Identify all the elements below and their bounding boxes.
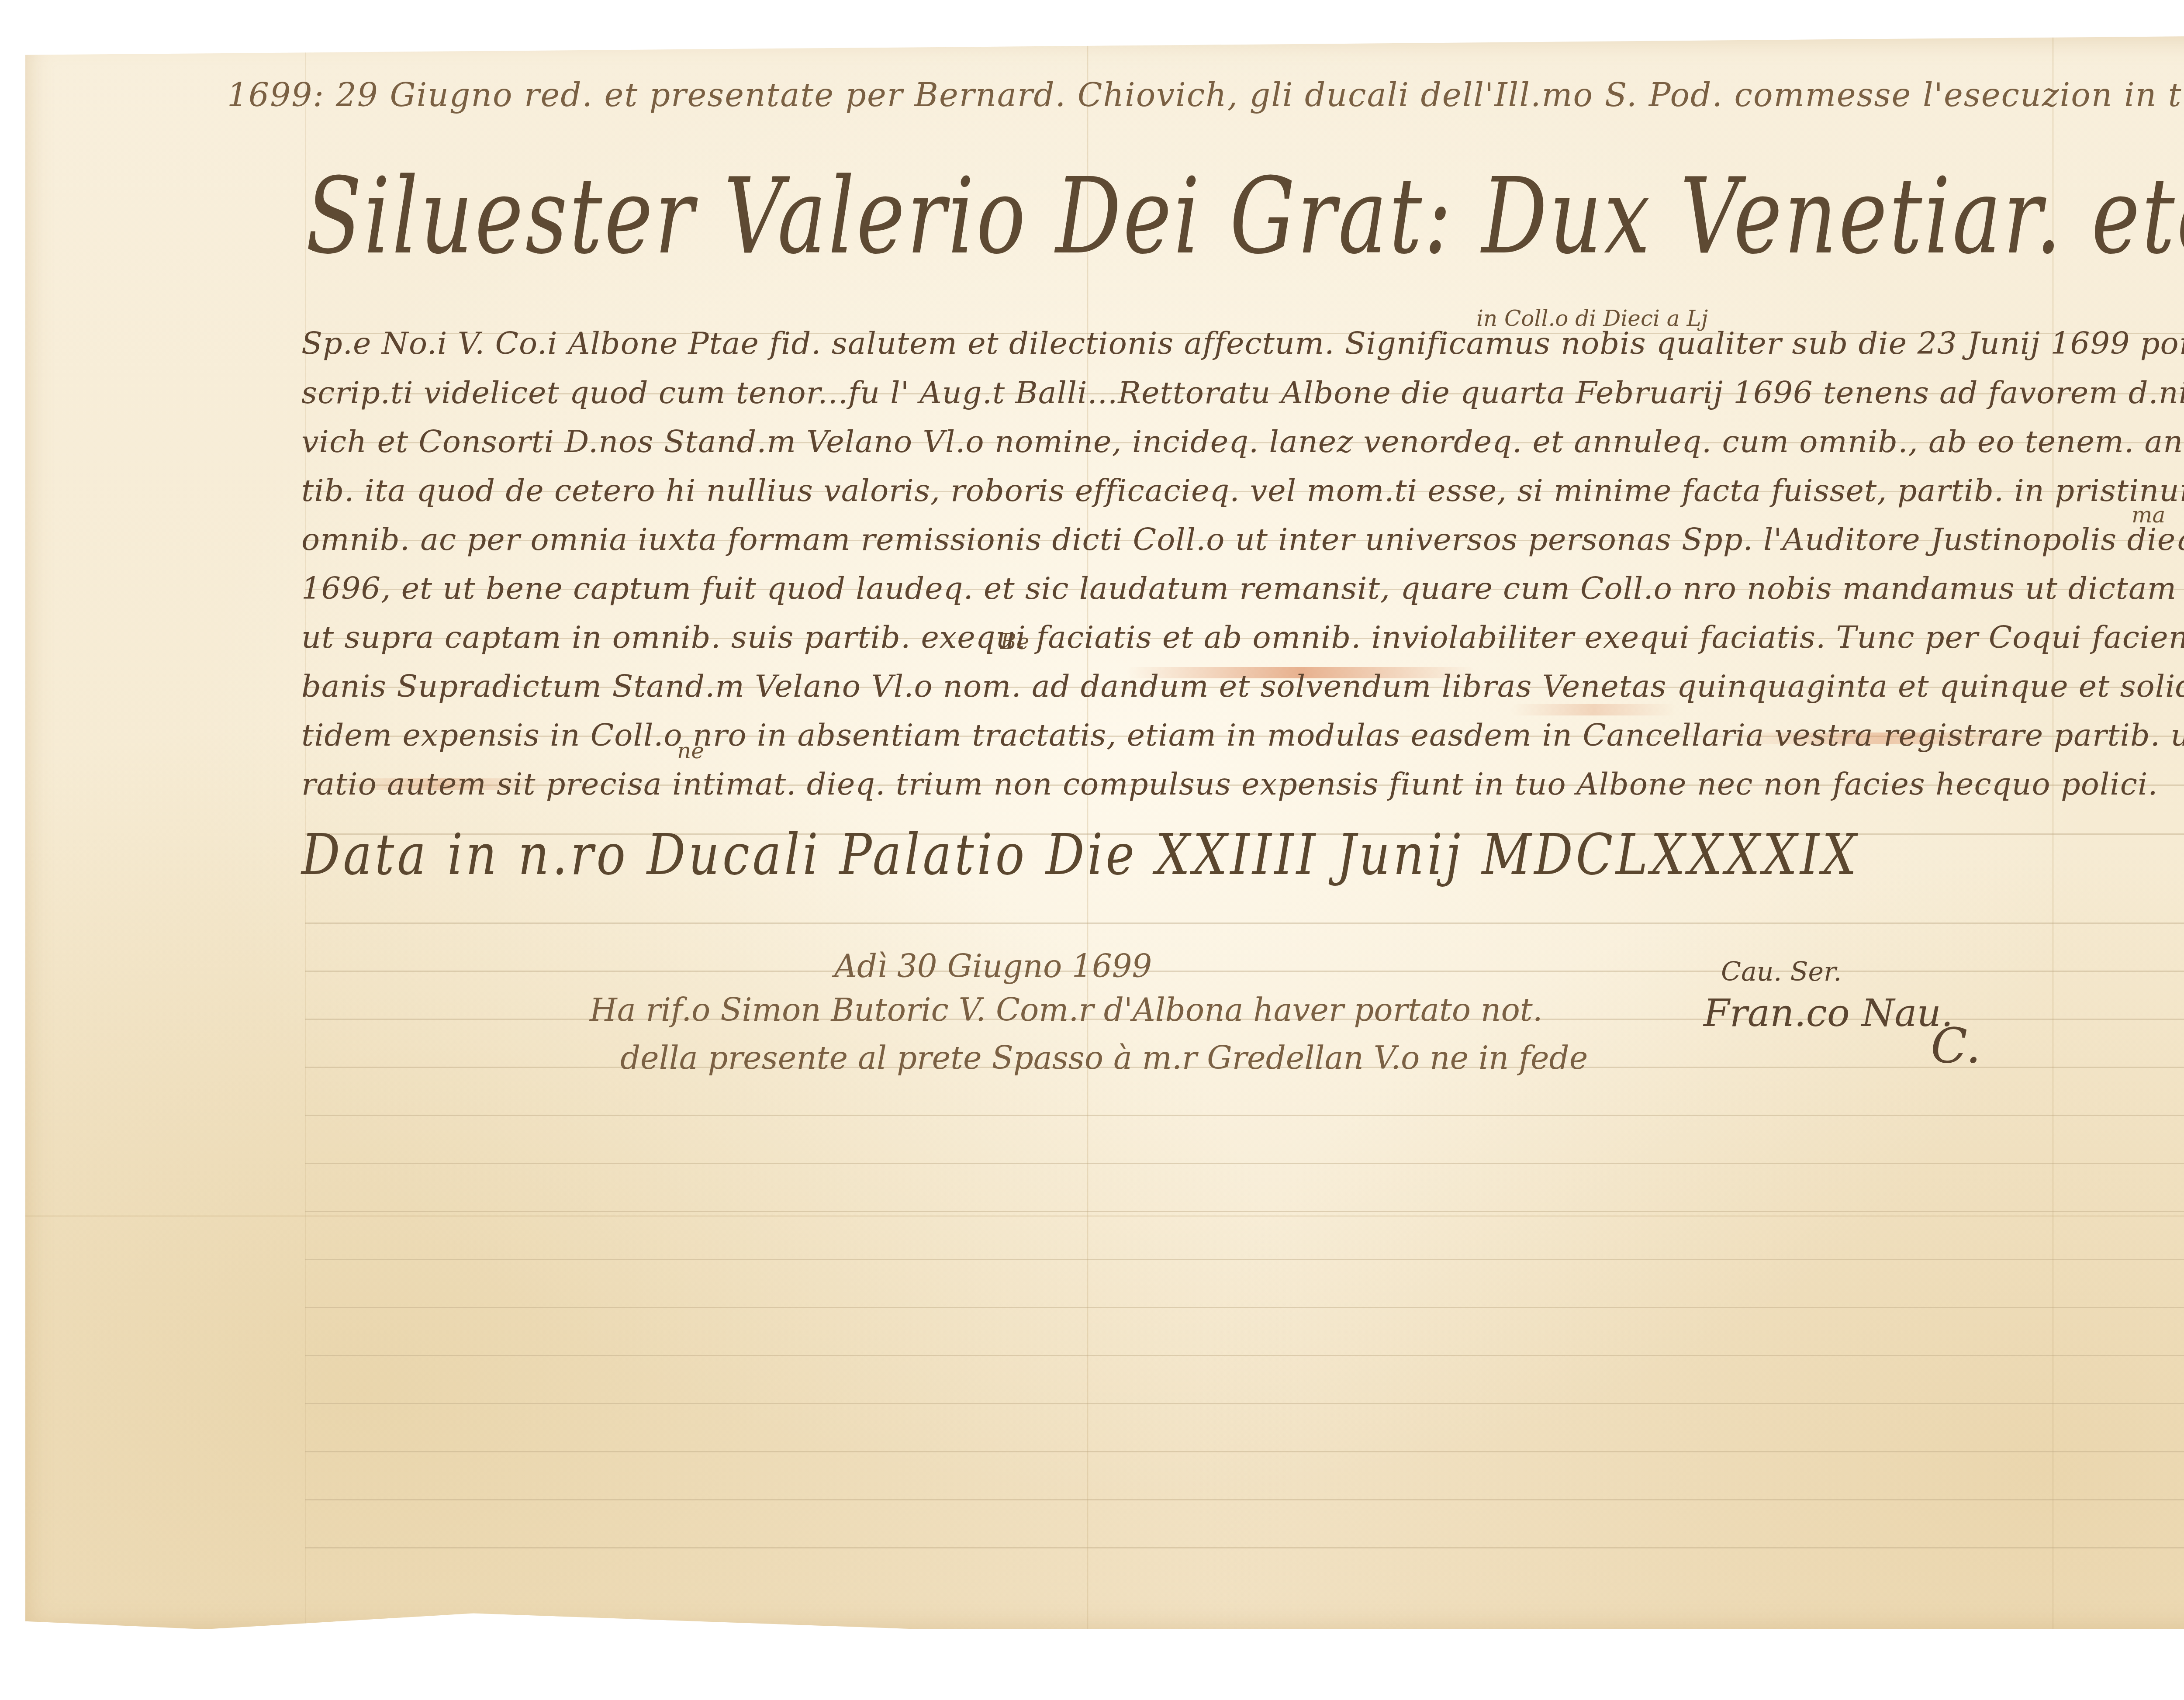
ruled-line xyxy=(305,1499,2184,1500)
ruled-line xyxy=(305,1451,2184,1452)
receipt-date: Adì 30 Giugno 1699 xyxy=(834,948,1152,985)
signature-name: Fran.co Nau. xyxy=(1704,992,1953,1035)
body-line: scrip.ti videlicet quod cum tenor...fu l… xyxy=(301,375,2184,411)
ducal-heading: Siluester Valerio Dei Grat: Dux Venetiar… xyxy=(306,155,2184,277)
ruled-line xyxy=(305,1307,2184,1308)
ruled-line xyxy=(305,1355,2184,1356)
dating-clause: Data in n.ro Ducali Palatio Die XXIIII J… xyxy=(301,821,1859,888)
ruled-line xyxy=(305,1163,2184,1164)
body-line: ratio autem sit precisa intimat. dieq. t… xyxy=(301,766,2158,802)
body-line: vich et Consorti D.nos Stand.m Velano Vl… xyxy=(301,424,2184,460)
body-line: banis Supradictum Stand.m Velano Vl.o no… xyxy=(301,668,2184,704)
ruled-line xyxy=(305,1115,2184,1116)
red-stain xyxy=(1510,704,1676,715)
signature-mark: C. xyxy=(1931,1018,1981,1074)
body-line: ut supra captam in omnib. suis partib. e… xyxy=(301,619,2184,655)
ruled-line xyxy=(305,1403,2184,1404)
ruled-line xyxy=(305,971,2184,972)
body-line: tib. ita quod de cetero hi nullius valor… xyxy=(301,473,2184,508)
receipt-line: Ha rif.o Simon Butoric V. Com.r d'Albona… xyxy=(590,992,1543,1028)
top-registration-note: 1699: 29 Giugno red. et presentate per B… xyxy=(227,76,2184,114)
ruled-line xyxy=(305,1211,2184,1212)
ruled-line xyxy=(305,1259,2184,1260)
body-line: Sp.e No.i V. Co.i Albone Ptae fid. salut… xyxy=(301,325,2184,361)
signature-title: Cau. Ser. xyxy=(1721,957,1842,987)
receipt-line: della presente al prete Spasso à m.r Gre… xyxy=(620,1040,1588,1076)
body-line: 1696, et ut bene captum fuit quod laudeq… xyxy=(301,570,2184,606)
body-line: tidem expensis in Coll.o nro in absentia… xyxy=(301,717,2184,753)
body-line: omnib. ac per omnia iuxta formam remissi… xyxy=(301,522,2184,557)
ruled-line xyxy=(305,923,2184,924)
ruled-line xyxy=(305,1547,2184,1548)
horizontal-fold-line xyxy=(25,1215,2184,1217)
